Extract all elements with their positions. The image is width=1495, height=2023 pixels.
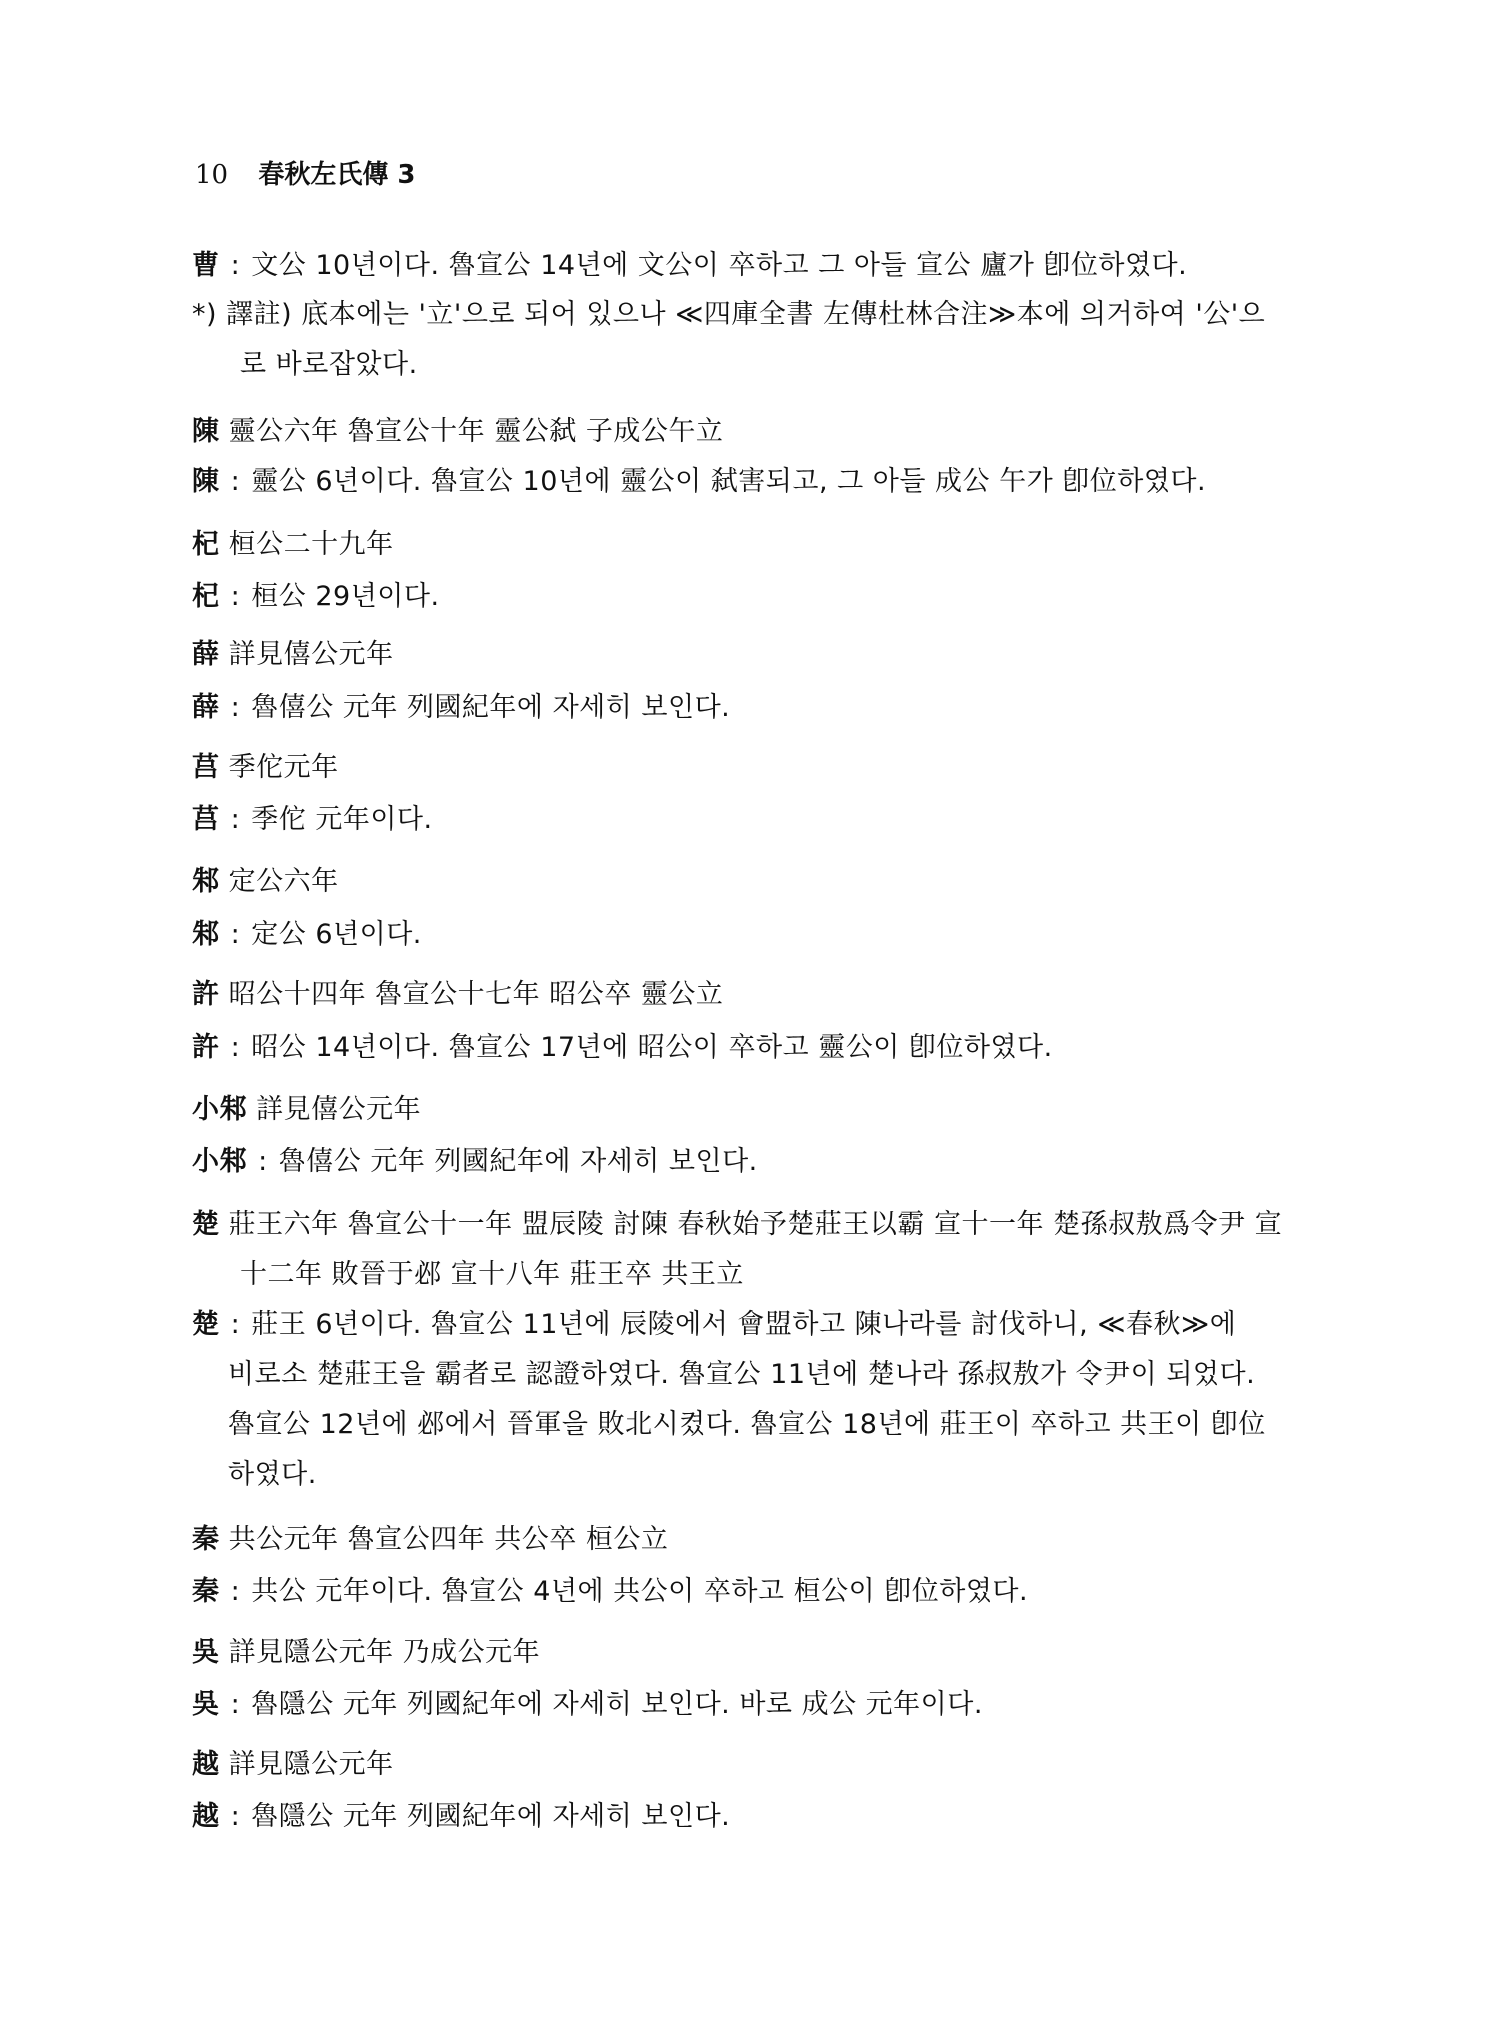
translation-text: 莊王 6년이다. 魯宣公 11년에 辰陵에서 會盟하고 陳나라를 討伐하니, ≪… (251, 1309, 1236, 1340)
translation-text: 昭公 14년이다. 魯宣公 17년에 昭公이 卒하고 靈公이 卽位하였다. (251, 1032, 1052, 1063)
state-label: 莒 (192, 804, 220, 835)
translation-line: 小邾 : 魯僖公 元年 列國紀年에 자세히 보인다. (192, 1144, 758, 1180)
footnote-line: *) 譯註) 底本에는 '立'으로 되어 있으나 ≪四庫全書 左傳杜林合注≫本에… (192, 297, 1265, 333)
state-label: 杞 (192, 581, 220, 612)
state-label: 邾 (192, 919, 220, 950)
translation-line: 秦 : 共公 元年이다. 魯宣公 4년에 共公이 卒하고 桓公이 卽位하였다. (192, 1574, 1028, 1610)
translation-line: 越 : 魯隱公 元年 列國紀年에 자세히 보인다. (192, 1799, 730, 1835)
original-text: 共公元年 魯宣公四年 共公卒 桓公立 (229, 1524, 669, 1555)
original-text: 詳見僖公元年 (229, 639, 394, 670)
state-label: 楚 (192, 1209, 220, 1240)
original-text: 昭公十四年 魯宣公十七年 昭公卒 靈公立 (229, 979, 724, 1010)
state-label: 小邾 (192, 1094, 247, 1125)
state-label: 陳 (192, 416, 220, 447)
original-line: 薛 詳見僖公元年 (192, 637, 394, 673)
original-line: 陳 靈公六年 魯宣公十年 靈公弑 子成公午立 (192, 414, 723, 450)
state-label: 杞 (192, 529, 220, 560)
original-line: 許 昭公十四年 魯宣公十七年 昭公卒 靈公立 (192, 977, 723, 1013)
state-label: 秦 (192, 1576, 220, 1607)
translation-text: 魯隱公 元年 列國紀年에 자세히 보인다. 바로 成公 元年이다. (251, 1689, 983, 1720)
original-text: 詳見隱公元年 乃成公元年 (229, 1637, 541, 1668)
translation-line: 楚 : 莊王 6년이다. 魯宣公 11년에 辰陵에서 會盟하고 陳나라를 討伐하… (192, 1307, 1236, 1343)
original-line: 杞 桓公二十九年 (192, 527, 394, 563)
translation-line: 杞 : 桓公 29년이다. (192, 579, 440, 615)
state-label: 薛 (192, 692, 220, 723)
state-label: 許 (192, 1032, 220, 1063)
state-label: 曹 (192, 250, 220, 281)
state-label: 吳 (192, 1637, 220, 1668)
state-label: 小邾 (192, 1146, 247, 1177)
state-label: 邾 (192, 866, 220, 897)
translation-line: 吳 : 魯隱公 元年 列國紀年에 자세히 보인다. 바로 成公 元年이다. (192, 1687, 983, 1723)
book-title: 春秋左氏傳 3 (258, 160, 415, 190)
translation-line: 許 : 昭公 14년이다. 魯宣公 17년에 昭公이 卒하고 靈公이 卽位하였다… (192, 1030, 1053, 1066)
original-text: 季佗元年 (229, 752, 339, 783)
original-text: 定公六年 (229, 866, 339, 897)
translation-line: 曹 : 文公 10년이다. 魯宣公 14년에 文公이 卒하고 그 아들 宣公 廬… (192, 248, 1187, 284)
footnote-line: 로 바로잡았다. (240, 347, 418, 383)
translation-text: 定公 6년이다. (251, 919, 422, 950)
document-page: 10 春秋左氏傳 3 曹 : 文公 10년이다. 魯宣公 14년에 文公이 卒하… (0, 0, 1495, 2023)
state-label: 楚 (192, 1309, 220, 1340)
original-text: 靈公六年 魯宣公十年 靈公弑 子成公午立 (229, 416, 724, 447)
translation-line: 薛 : 魯僖公 元年 列國紀年에 자세히 보인다. (192, 690, 730, 726)
state-label: 吳 (192, 1689, 220, 1720)
translation-text: 魯僖公 元年 列國紀年에 자세히 보인다. (279, 1146, 758, 1177)
original-line: 邾 定公六年 (192, 864, 339, 900)
original-line: 越 詳見隱公元年 (192, 1747, 394, 1783)
original-line-continued: 十二年 敗晉于邲 宣十八年 莊王卒 共王立 (240, 1257, 744, 1293)
page-number: 10 (195, 160, 228, 190)
original-line: 小邾 詳見僖公元年 (192, 1092, 421, 1128)
translation-text: 共公 元年이다. 魯宣公 4년에 共公이 卒하고 桓公이 卽位하였다. (251, 1576, 1028, 1607)
translation-text: 桓公 29년이다. (251, 581, 439, 612)
translation-line: 莒 : 季佗 元年이다. (192, 802, 433, 838)
translation-line: 陳 : 靈公 6년이다. 魯宣公 10년에 靈公이 弑害되고, 그 아들 成公 … (192, 464, 1206, 500)
state-label: 薛 (192, 639, 220, 670)
state-label: 越 (192, 1801, 220, 1832)
original-text: 詳見隱公元年 (229, 1749, 394, 1780)
running-header: 10 春秋左氏傳 3 (195, 158, 416, 192)
translation-line-continued: 魯宣公 12년에 邲에서 晉軍을 敗北시켰다. 魯宣公 18년에 莊王이 卒하고… (228, 1407, 1266, 1443)
translation-line-continued: 비로소 楚莊王을 霸者로 認證하였다. 魯宣公 11년에 楚나라 孫叔敖가 令尹… (228, 1357, 1255, 1393)
translation-line-continued: 하였다. (228, 1457, 317, 1493)
original-line: 楚 莊王六年 魯宣公十一年 盟辰陵 討陳 春秋始予楚莊王以霸 宣十一年 楚孫叔敖… (192, 1207, 1282, 1243)
translation-text: 靈公 6년이다. 魯宣公 10년에 靈公이 弑害되고, 그 아들 成公 午가 卽… (251, 466, 1206, 497)
state-label: 越 (192, 1749, 220, 1780)
translation-text: 魯隱公 元年 列國紀年에 자세히 보인다. (251, 1801, 730, 1832)
original-line: 吳 詳見隱公元年 乃成公元年 (192, 1635, 540, 1671)
state-label: 秦 (192, 1524, 220, 1555)
translation-text: 文公 10년이다. 魯宣公 14년에 文公이 卒하고 그 아들 宣公 廬가 卽位… (251, 250, 1187, 281)
state-label: 陳 (192, 466, 220, 497)
original-text: 詳見僖公元年 (256, 1094, 421, 1125)
translation-text: 季佗 元年이다. (251, 804, 432, 835)
original-text: 桓公二十九年 (229, 529, 394, 560)
original-text: 莊王六年 魯宣公十一年 盟辰陵 討陳 春秋始予楚莊王以霸 宣十一年 楚孫叔敖爲令… (229, 1209, 1283, 1240)
original-line: 莒 季佗元年 (192, 750, 339, 786)
translation-line: 邾 : 定公 6년이다. (192, 917, 422, 953)
translation-text: 魯僖公 元年 列國紀年에 자세히 보인다. (251, 692, 730, 723)
state-label: 莒 (192, 752, 220, 783)
original-line: 秦 共公元年 魯宣公四年 共公卒 桓公立 (192, 1522, 668, 1558)
state-label: 許 (192, 979, 220, 1010)
